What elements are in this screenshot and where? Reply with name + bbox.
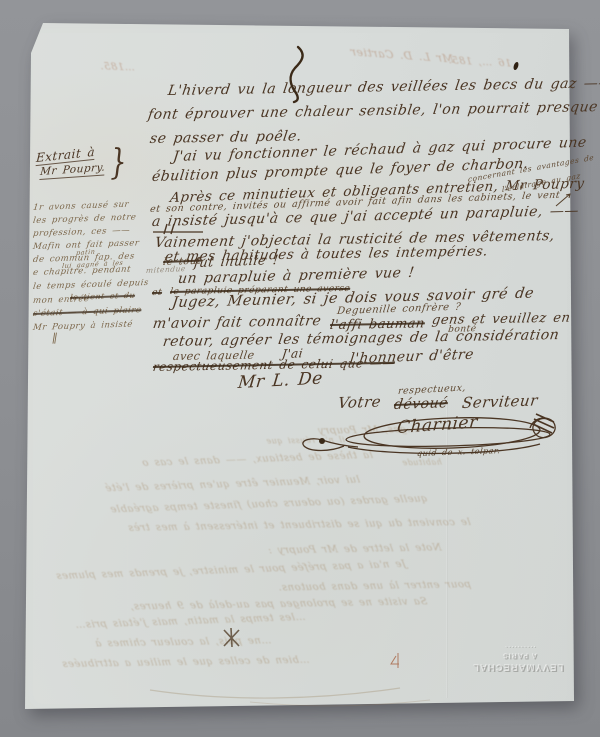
stamp-line-large: LEVYMARECHAL xyxy=(476,660,564,674)
stamp-line-small: A PARIS xyxy=(476,649,564,660)
margin-brace: } xyxy=(109,142,127,183)
stamp-line-dashes: ·········· xyxy=(476,642,564,650)
manuscript-photo: Mr L. D. Cartier16 …, 185.…185.…ges, Mr … xyxy=(0,0,600,737)
paper-crease xyxy=(446,398,448,698)
embossed-stamp: LEVYMARECHAL A PARIS ·········· xyxy=(476,626,564,674)
